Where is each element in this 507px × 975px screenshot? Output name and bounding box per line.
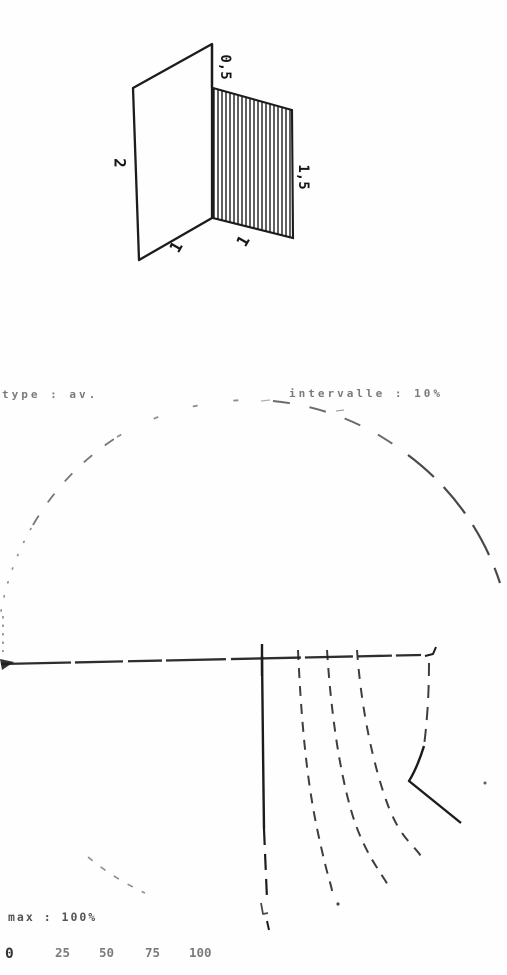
dimension-label-right-height: 1,5 bbox=[295, 164, 311, 189]
scan-noise bbox=[261, 400, 487, 906]
boundary-arc-top bbox=[117, 400, 273, 437]
contour-line-4-solid-kink bbox=[409, 746, 461, 823]
axis-right-end-hook bbox=[425, 647, 436, 656]
boundary-arc-left-up bbox=[33, 437, 117, 525]
contour-line-4-dashed bbox=[424, 663, 429, 746]
left-plate-outline bbox=[133, 44, 212, 260]
scale-tick-50: 50 bbox=[99, 945, 114, 960]
interval-label: intervalle : 10% bbox=[289, 387, 443, 400]
max-label: max : 100% bbox=[8, 910, 97, 924]
dimension-label-left-height: 2 bbox=[111, 158, 130, 168]
axis-vertical-hook bbox=[261, 903, 268, 914]
right-plate-hatched bbox=[213, 88, 293, 238]
scale-tick-25: 25 bbox=[55, 945, 70, 960]
contour-line-1 bbox=[298, 650, 333, 896]
contour-line-2 bbox=[327, 650, 389, 887]
plate-geometry-figure: 2 1 0,5 1,5 1 bbox=[111, 44, 312, 260]
boundary-arc-left-low bbox=[0, 525, 33, 655]
axis-vertical-solid bbox=[262, 656, 264, 829]
axis-vertical-dashed bbox=[264, 829, 267, 899]
contour-line-3 bbox=[357, 650, 422, 858]
boundary-arc-bottom-left bbox=[88, 857, 145, 893]
boundary-arc-top-right bbox=[273, 401, 408, 455]
vertical-axis bbox=[261, 656, 269, 930]
type-label: type : av. bbox=[2, 388, 98, 401]
ink-speck bbox=[336, 410, 344, 411]
percentage-scale: 0 25 50 75 100 bbox=[5, 945, 212, 962]
dimension-label-spacing: 0,5 bbox=[217, 54, 233, 79]
dimension-label-left-width: 1 bbox=[165, 238, 186, 256]
ink-speck bbox=[261, 400, 270, 401]
contour-lines bbox=[298, 650, 461, 896]
dimension-label-right-width: 1 bbox=[232, 232, 253, 250]
horizontal-axis bbox=[0, 616, 436, 676]
figure-canvas: 2 1 0,5 1,5 1 bbox=[0, 0, 507, 975]
ink-speck bbox=[336, 902, 339, 905]
ink-speck bbox=[484, 782, 487, 785]
boundary-circle bbox=[0, 400, 500, 893]
boundary-arc-right bbox=[408, 455, 500, 583]
scanned-figure-page: 2 1 0,5 1,5 1 bbox=[0, 0, 507, 975]
scale-tick-100: 100 bbox=[189, 945, 212, 960]
scale-tick-75: 75 bbox=[145, 945, 160, 960]
scale-tick-0: 0 bbox=[5, 946, 14, 962]
radiation-pattern-diagram: type : av. intervalle : 10% max : 100% 0… bbox=[0, 387, 500, 962]
axis-vertical-tail-dash bbox=[267, 921, 269, 930]
